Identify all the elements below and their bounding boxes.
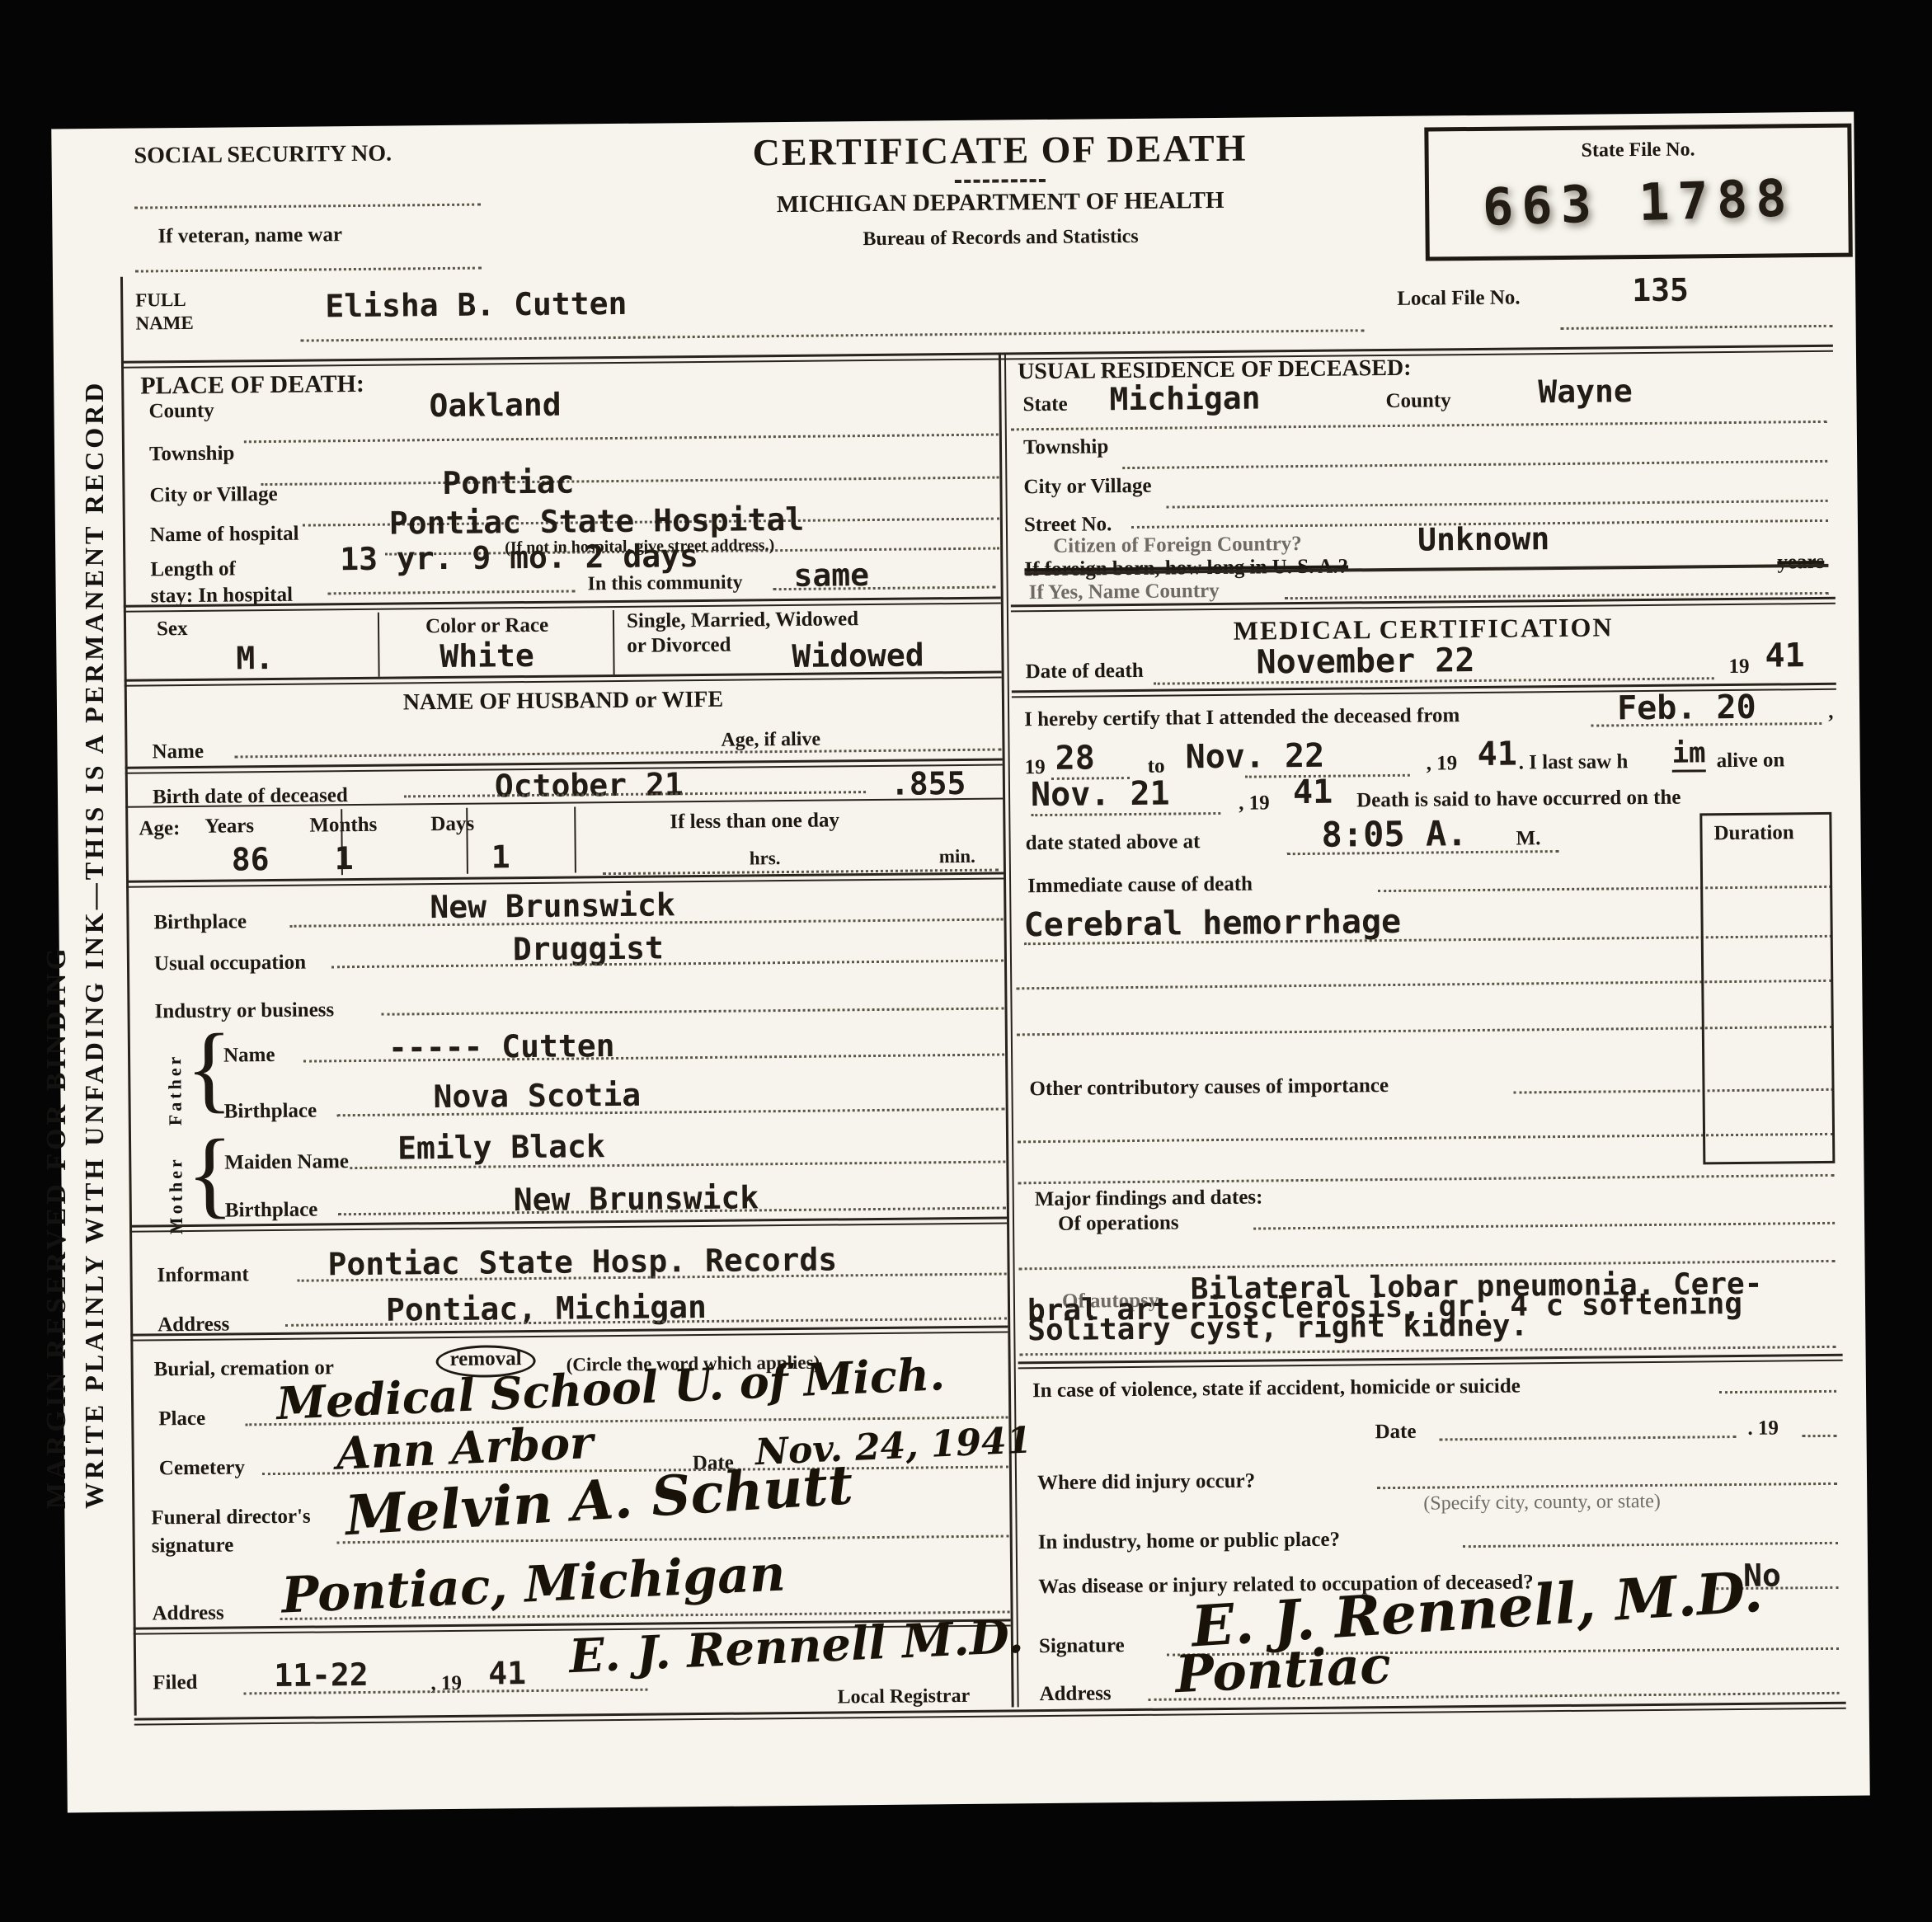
director-address-label: Address	[152, 1602, 223, 1626]
dotted-line	[261, 477, 999, 486]
sex-value: M.	[236, 640, 274, 676]
dotted-line	[134, 204, 481, 209]
hrs-label: hrs.	[750, 848, 781, 869]
injury-industry-label: In industry, home or public place?	[1038, 1529, 1341, 1555]
attended-from-value: Feb. 20	[1617, 688, 1756, 728]
dotted-line	[1167, 500, 1828, 509]
informant-label: Informant	[157, 1263, 248, 1287]
dotted-line	[328, 590, 576, 594]
residence-city-label: City or Village	[1023, 475, 1151, 499]
title-divider	[955, 179, 1046, 183]
burial-place-label: Place	[158, 1407, 205, 1431]
meridiem-label: M.	[1516, 827, 1540, 850]
occupation-label: Usual occupation	[154, 952, 306, 976]
local-file-label: Local File No.	[1397, 286, 1521, 310]
local-file-number: 135	[1632, 271, 1689, 308]
marital-label: Single, Married, Widowed	[627, 608, 858, 633]
hospital-label: Name of hospital	[150, 523, 299, 547]
dotted-line	[1377, 1483, 1837, 1489]
dotted-line	[1018, 1174, 1835, 1185]
dotted-line	[1803, 1435, 1837, 1437]
marital-label: or Divorced	[627, 634, 731, 658]
age-days-value: 1	[491, 839, 510, 875]
cell-divider	[378, 613, 380, 677]
injury-where-label: Where did injury occur?	[1037, 1470, 1255, 1496]
dotted-line	[1011, 421, 1827, 431]
residence-county-label: County	[1385, 389, 1450, 413]
rule	[134, 1702, 1846, 1726]
birthplace-value: New Brunswick	[430, 886, 675, 925]
name-country-label: If Yes, Name Country	[1029, 580, 1220, 604]
findings-label: Major findings and dates:	[1035, 1186, 1263, 1211]
citizen-value: Unknown	[1417, 520, 1550, 558]
months-label: Months	[309, 814, 377, 838]
birthplace-label: Birthplace	[153, 910, 247, 934]
duration-box: Duration	[1699, 812, 1835, 1165]
citizen-label: Citizen of Foreign Country?	[1053, 533, 1302, 558]
rule	[130, 1325, 1008, 1341]
contributory-label: Other contributory causes of importance	[1029, 1074, 1389, 1101]
township-label: Township	[149, 442, 235, 466]
foreign-years-label: years	[1777, 551, 1824, 575]
lessday-label: If less than one day	[670, 809, 839, 834]
dotted-line	[1561, 325, 1833, 330]
residence-street-label: Street No.	[1024, 513, 1112, 537]
mother-name-label: Maiden Name	[224, 1150, 349, 1174]
cell-divider	[574, 806, 576, 872]
dod-year-value: 41	[1765, 637, 1805, 674]
race-value: White	[440, 637, 534, 674]
dotted-line	[235, 749, 1002, 759]
binding-margin-text: MARGIN RESERVED FOR BINDING	[41, 363, 73, 1509]
min-label: min.	[939, 846, 975, 867]
age-label: Age:	[139, 817, 180, 840]
mother-name-value: Emily Black	[397, 1128, 605, 1166]
cemetery-label: Cemetery	[159, 1456, 245, 1480]
city-value: Pontiac	[442, 463, 575, 501]
dod-value: November 22	[1256, 641, 1474, 682]
director-label: Funeral director's	[151, 1506, 311, 1530]
community-label: In this community	[587, 572, 742, 596]
residence-state-label: State	[1022, 393, 1067, 417]
attended-to-value: Nov. 22	[1185, 737, 1324, 777]
father-side-label: Father	[164, 1035, 186, 1125]
full-name-value: Elisha B. Cutten	[325, 285, 627, 325]
dotted-line	[382, 1007, 1004, 1015]
registrar-signature: E. J. Rennell M.D.	[568, 1609, 1025, 1684]
occupation-value: Druggist	[513, 929, 664, 967]
to-year-prefix: , 19	[1427, 752, 1458, 775]
county-label: County	[148, 400, 214, 424]
age-months-value: 1	[335, 840, 354, 876]
dotted-line	[1253, 1222, 1835, 1230]
race-label: Color or Race	[425, 614, 548, 638]
dod-year-prefix: 19	[1728, 656, 1749, 679]
state-file-label: State File No.	[1428, 138, 1847, 164]
certify-text: I hereby certify that I attended the dec…	[1024, 704, 1460, 731]
sex-label: Sex	[157, 618, 188, 641]
form-left-border	[120, 277, 137, 1716]
industry-label: Industry or business	[154, 999, 334, 1023]
state-file-number: 663 1788	[1428, 166, 1849, 238]
write-plainly-margin-text: WRITE PLAINLY WITH UNFADING INK—THIS IS …	[79, 363, 110, 1509]
physician-address: Pontiac	[1174, 1635, 1393, 1705]
physician-signature-label: Signature	[1039, 1634, 1125, 1658]
residence-county-value: Wayne	[1538, 373, 1633, 410]
certificate-sheet: SOCIAL SECURITY NO. If veteran, name war…	[51, 112, 1870, 1813]
dotted-line	[135, 267, 482, 273]
autopsy-finding-line: Solitary cyst, right kidney.	[1027, 1309, 1528, 1347]
dotted-line	[244, 434, 999, 444]
violence-label: In case of violence, state if accident, …	[1032, 1375, 1521, 1403]
physician-address-label: Address	[1039, 1682, 1111, 1706]
to-year-value: 41	[1477, 735, 1517, 773]
ssn-label: SOCIAL SECURITY NO.	[134, 141, 392, 170]
spouse-heading: NAME OF HUSBAND or WIFE	[125, 684, 1002, 719]
stay-label: Length of	[150, 557, 236, 581]
years-label: Years	[204, 815, 254, 839]
county-value: Oakland	[429, 387, 562, 425]
column-divider	[999, 352, 1019, 1707]
dotted-line	[301, 329, 1365, 341]
marital-value: Widowed	[792, 637, 924, 674]
dotted-line	[1440, 1436, 1737, 1440]
dod-label: Date of death	[1025, 660, 1143, 684]
filed-label: Filed	[153, 1671, 197, 1695]
certificate-title: CERTIFICATE OF DEATH	[628, 125, 1370, 176]
dotted-line	[1122, 460, 1827, 469]
saw-him-value: im	[1671, 736, 1705, 772]
immediate-cause-label: Immediate cause of death	[1027, 873, 1253, 899]
hospital-value: Pontiac State Hospital	[389, 501, 805, 542]
last-year-value: 41	[1293, 773, 1333, 811]
saw-text: . I last saw h	[1519, 750, 1629, 774]
spouse-age-label: Age, if alive	[721, 729, 820, 752]
birthyear-value: .855	[891, 765, 966, 802]
specify-note: (Specify city, county, or state)	[1423, 1491, 1661, 1516]
occurred-text: Death is said to have occurred on the	[1356, 787, 1681, 813]
age-years-value: 86	[232, 841, 270, 877]
dotted-line	[1463, 1542, 1838, 1548]
full-name-label: FULL	[135, 289, 186, 312]
dotted-line	[331, 960, 1004, 969]
certify-comma: ,	[1828, 701, 1834, 724]
place-of-death-heading: PLACE OF DEATH:	[140, 370, 364, 401]
last-year-prefix: , 19	[1239, 792, 1270, 815]
department-label: MICHIGAN DEPARTMENT OF HEALTH	[629, 186, 1371, 220]
rule	[121, 345, 1833, 369]
mother-birthplace-label: Birthplace	[225, 1198, 318, 1222]
registrar-label: Local Registrar	[837, 1685, 970, 1709]
stated-text: date stated above at	[1025, 830, 1200, 855]
saw-alive-text: alive on	[1717, 749, 1785, 773]
father-birthplace-value: Nova Scotia	[433, 1077, 641, 1115]
father-name-label: Name	[223, 1044, 275, 1068]
city-label: City or Village	[149, 483, 277, 507]
from-year-value: 28	[1055, 739, 1095, 777]
father-birthplace-label: Birthplace	[224, 1100, 317, 1124]
full-name-label: NAME	[135, 313, 194, 335]
last-seen-date-value: Nov. 21	[1031, 775, 1170, 815]
violence-date-year: . 19	[1747, 1417, 1779, 1440]
rule	[1018, 1354, 1843, 1370]
immediate-cause-value: Cerebral hemorrhage	[1023, 903, 1401, 944]
operations-label: Of operations	[1058, 1211, 1179, 1235]
residence-state-value: Michigan	[1109, 379, 1260, 417]
mother-side-label: Mother	[165, 1144, 187, 1234]
time-of-death-value: 8:05 A.	[1321, 813, 1467, 855]
residence-township-label: Township	[1023, 435, 1109, 459]
state-file-box: State File No. 663 1788	[1424, 124, 1853, 261]
duration-label: Duration	[1713, 821, 1793, 845]
filed-year-value: 41	[488, 1655, 526, 1691]
violence-date-label: Date	[1375, 1421, 1416, 1444]
spouse-name-label: Name	[152, 740, 204, 764]
bureau-label: Bureau of Records and Statistics	[629, 223, 1371, 253]
dotted-line	[1719, 1390, 1836, 1393]
cell-divider	[613, 610, 615, 674]
director-label: signature	[152, 1534, 234, 1558]
veteran-label: If veteran, name war	[157, 223, 342, 248]
birthdate-value: October 21	[495, 766, 684, 804]
stay-value: 13 yr. 9 mo. 2 days	[340, 538, 698, 577]
filed-date-value: 11-22	[274, 1656, 369, 1694]
